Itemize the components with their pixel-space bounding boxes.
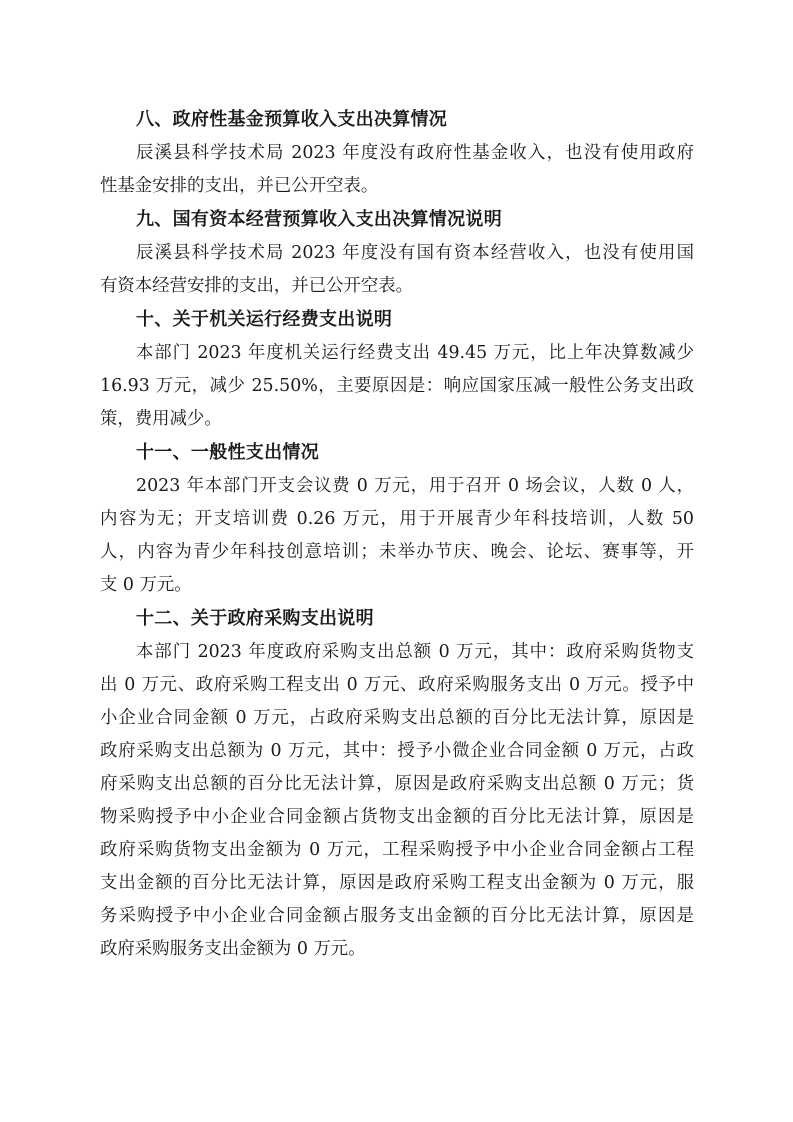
section-heading: 十二、关于政府采购支出说明: [100, 602, 694, 636]
paragraph-line: 2023 年本部门开支会议费 0 万元，用于召开 0 场会议，人数 0 人，: [100, 470, 694, 503]
paragraph-line: 人，内容为青少年科技创意培训；未举办节庆、晚会、论坛、赛事等，开: [100, 536, 694, 569]
paragraph-line: 支 0 万元。: [100, 569, 694, 602]
paragraph-line: 本部门 2023 年度政府采购支出总额 0 万元，其中：政府采购货物支: [100, 636, 694, 669]
section-general-expenditure: 十一、一般性支出情况 2023 年本部门开支会议费 0 万元，用于召开 0 场会…: [100, 436, 694, 602]
paragraph-line: 政府采购服务支出金额为 0 万元。: [100, 933, 694, 966]
section-paragraph: 本部门 2023 年度机关运行经费支出 49.45 万元，比上年决算数减少 16…: [100, 337, 694, 436]
paragraph-line: 有资本经营安排的支出，并已公开空表。: [100, 270, 694, 303]
paragraph-line: 务采购授予中小企业合同金额占服务支出金额的百分比无法计算，原因是: [100, 900, 694, 933]
section-paragraph: 辰溪县科学技术局 2023 年度没有政府性基金收入，也没有使用政府 性基金安排的…: [100, 137, 694, 203]
section-paragraph: 本部门 2023 年度政府采购支出总额 0 万元，其中：政府采购货物支 出 0 …: [100, 636, 694, 966]
section-heading: 八、政府性基金预算收入支出决算情况: [100, 103, 694, 137]
section-heading: 九、国有资本经营预算收入支出决算情况说明: [100, 203, 694, 237]
paragraph-line: 内容为无；开支培训费 0.26 万元，用于开展青少年科技培训，人数 50: [100, 503, 694, 536]
paragraph-line: 物采购授予中小企业合同金额占货物支出金额的百分比无法计算，原因是: [100, 801, 694, 834]
paragraph-line: 辰溪县科学技术局 2023 年度没有国有资本经营收入，也没有使用国: [100, 237, 694, 270]
paragraph-line: 出 0 万元、政府采购工程支出 0 万元、政府采购服务支出 0 万元。授予中: [100, 669, 694, 702]
paragraph-line: 辰溪县科学技术局 2023 年度没有政府性基金收入，也没有使用政府: [100, 137, 694, 170]
paragraph-line: 政府采购支出总额为 0 万元，其中：授予小微企业合同金额 0 万元，占政: [100, 735, 694, 768]
section-state-capital-budget: 九、国有资本经营预算收入支出决算情况说明 辰溪县科学技术局 2023 年度没有国…: [100, 203, 694, 303]
section-heading: 十一、一般性支出情况: [100, 436, 694, 470]
section-government-fund-budget: 八、政府性基金预算收入支出决算情况 辰溪县科学技术局 2023 年度没有政府性基…: [100, 103, 694, 203]
paragraph-line: 府采购支出总额的百分比无法计算，原因是政府采购支出总额 0 万元；货: [100, 768, 694, 801]
paragraph-line: 策，费用减少。: [100, 403, 694, 436]
section-paragraph: 2023 年本部门开支会议费 0 万元，用于召开 0 场会议，人数 0 人， 内…: [100, 470, 694, 602]
paragraph-line: 本部门 2023 年度机关运行经费支出 49.45 万元，比上年决算数减少: [100, 337, 694, 370]
section-paragraph: 辰溪县科学技术局 2023 年度没有国有资本经营收入，也没有使用国 有资本经营安…: [100, 237, 694, 303]
paragraph-line: 支出金额的百分比无法计算，原因是政府采购工程支出金额为 0 万元，服: [100, 867, 694, 900]
section-heading: 十、关于机关运行经费支出说明: [100, 303, 694, 337]
document-page: 八、政府性基金预算收入支出决算情况 辰溪县科学技术局 2023 年度没有政府性基…: [100, 103, 694, 966]
paragraph-line: 小企业合同金额 0 万元，占政府采购支出总额的百分比无法计算，原因是: [100, 702, 694, 735]
section-government-procurement: 十二、关于政府采购支出说明 本部门 2023 年度政府采购支出总额 0 万元，其…: [100, 602, 694, 966]
section-operating-expenses: 十、关于机关运行经费支出说明 本部门 2023 年度机关运行经费支出 49.45…: [100, 303, 694, 436]
paragraph-line: 性基金安排的支出，并已公开空表。: [100, 170, 694, 203]
paragraph-line: 16.93 万元，减少 25.50%，主要原因是：响应国家压减一般性公务支出政: [100, 370, 694, 403]
paragraph-line: 政府采购货物支出金额为 0 万元，工程采购授予中小企业合同金额占工程: [100, 834, 694, 867]
